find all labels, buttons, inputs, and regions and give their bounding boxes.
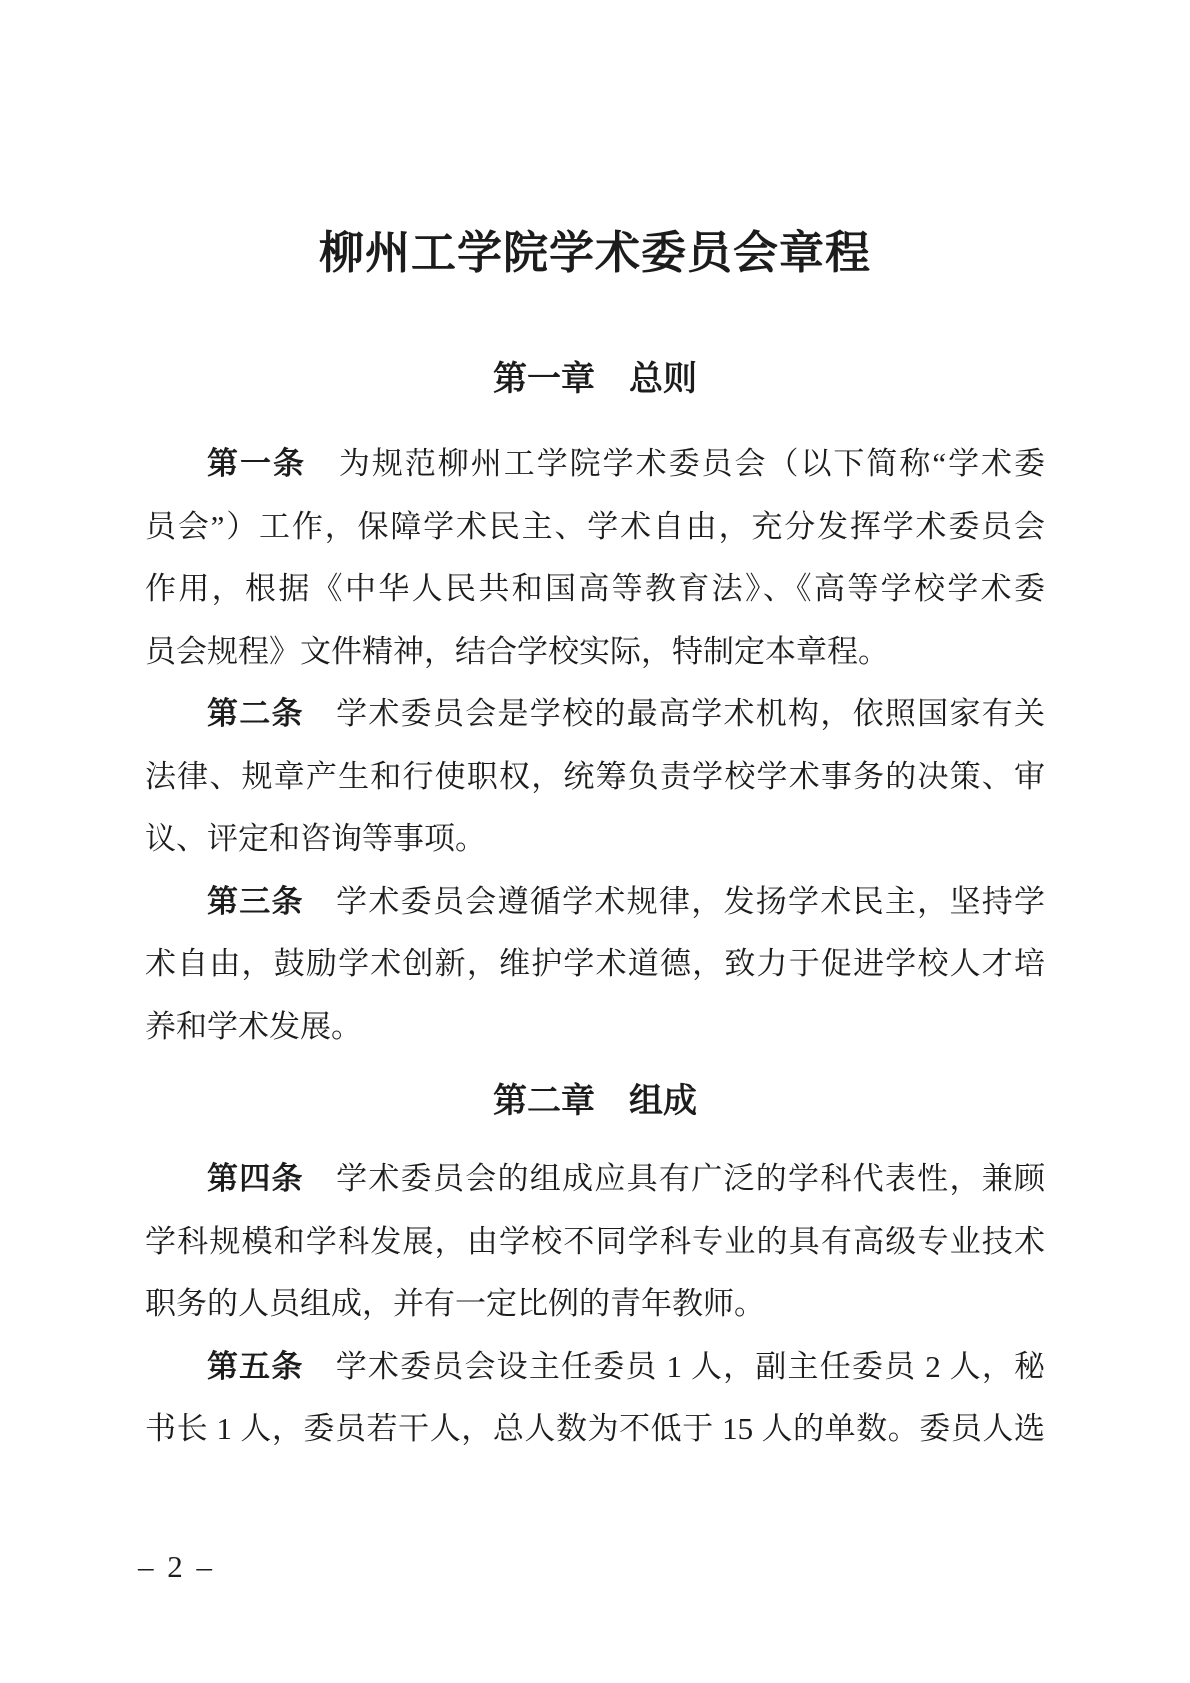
chapter-heading-2: 第二章 组成: [145, 1082, 1045, 1120]
chapter-1-body: 第一条 为规范柳州工学院学术委员会（以下简称“学术委 员会”）工作，保障学术民主…: [145, 433, 1045, 1058]
chapter-2-body: 第四条 学术委员会的组成应具有广泛的学科代表性，兼顾 学科规模和学科发展，由学校…: [145, 1148, 1045, 1461]
paragraph-line-text: 学术委员会遵循学术规律，发扬学术民主，坚持学: [336, 884, 1045, 919]
paragraph-line: 养和学术发展。: [145, 996, 1045, 1059]
article-4-label: 第四条: [207, 1161, 336, 1196]
paragraph-line: 议、评定和咨询等事项。: [145, 808, 1045, 871]
paragraph-line: 书长 1 人，委员若干人，总人数为不低于 15 人的单数。委员人选: [145, 1398, 1045, 1461]
paragraph-line: 第三条 学术委员会遵循学术规律，发扬学术民主，坚持学: [145, 871, 1045, 934]
document-page: 柳州工学院学术委员会章程 第一章 总则 第一条 为规范柳州工学院学术委员会（以下…: [0, 0, 1190, 1683]
paragraph-line: 学科规模和学科发展，由学校不同学科专业的具有高级专业技术: [145, 1211, 1045, 1274]
page-number: – 2 –: [138, 1549, 215, 1585]
paragraph-line: 法律、规章产生和行使职权，统筹负责学校学术事务的决策、审: [145, 746, 1045, 809]
article-2-label: 第二条: [207, 696, 336, 731]
chapter-heading-1: 第一章 总则: [145, 360, 1045, 398]
paragraph-line: 第四条 学术委员会的组成应具有广泛的学科代表性，兼顾: [145, 1148, 1045, 1211]
paragraph-line-text: 学术委员会是学校的最高学术机构，依照国家有关: [336, 696, 1045, 731]
paragraph-line: 员会规程》文件精神，结合学校实际，特制定本章程。: [145, 621, 1045, 684]
paragraph-line: 第一条 为规范柳州工学院学术委员会（以下简称“学术委: [145, 433, 1045, 496]
paragraph-line-text: 学术委员会设主任委员 1 人，副主任委员 2 人，秘: [336, 1349, 1045, 1384]
paragraph-line: 术自由，鼓励学术创新，维护学术道德，致力于促进学校人才培: [145, 933, 1045, 996]
paragraph-line: 第五条 学术委员会设主任委员 1 人，副主任委员 2 人，秘: [145, 1336, 1045, 1399]
document-title: 柳州工学院学术委员会章程: [145, 226, 1045, 280]
paragraph-line-text: 为规范柳州工学院学术委员会（以下简称“学术委: [339, 446, 1045, 481]
paragraph-line: 职务的人员组成，并有一定比例的青年教师。: [145, 1273, 1045, 1336]
paragraph-line: 员会”）工作，保障学术民主、学术自由，充分发挥学术委员会: [145, 496, 1045, 559]
article-1-label: 第一条: [207, 446, 339, 481]
paragraph-line: 第二条 学术委员会是学校的最高学术机构，依照国家有关: [145, 683, 1045, 746]
article-5-label: 第五条: [207, 1349, 336, 1384]
article-3-label: 第三条: [207, 884, 336, 919]
paragraph-line-text: 学术委员会的组成应具有广泛的学科代表性，兼顾: [336, 1161, 1045, 1196]
paragraph-line: 作用，根据《中华人民共和国高等教育法》、《高等学校学术委: [145, 558, 1045, 621]
